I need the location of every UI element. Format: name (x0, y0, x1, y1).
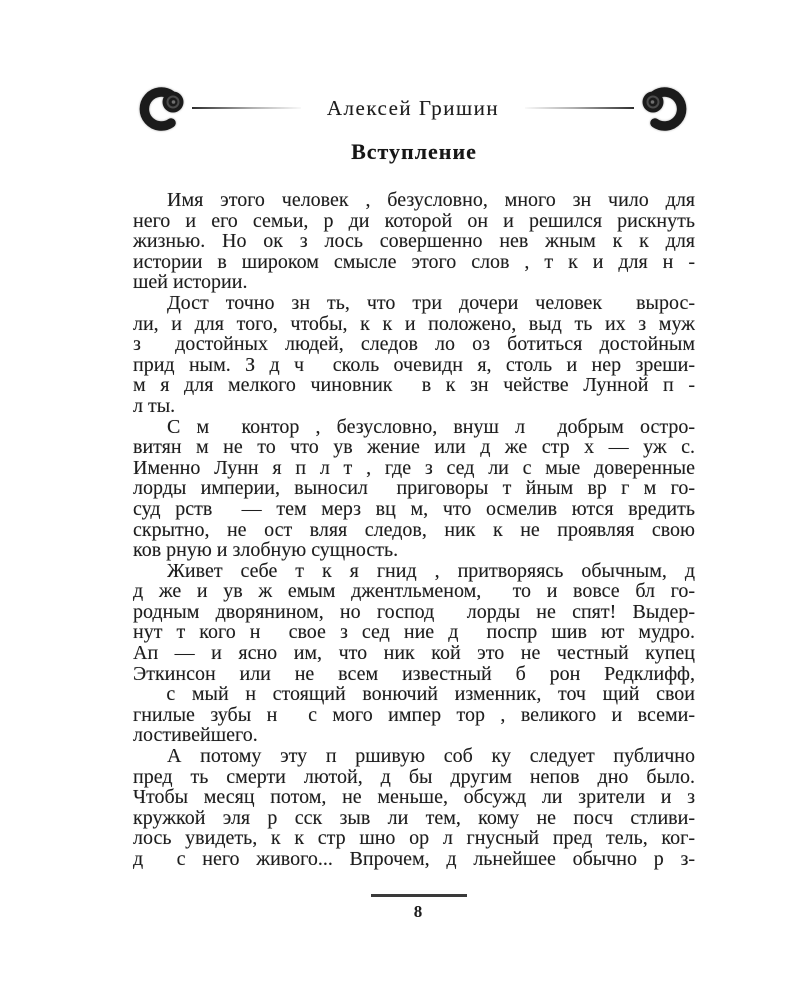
text-line: него и его семьи, р ди которой он и реши… (133, 211, 695, 232)
text-line: ли, и для того, чтобы, к к и положено, в… (133, 314, 695, 335)
text-line: С м контор , безусловно, внуш л добрым о… (133, 417, 695, 438)
text-line: ков рную и злобную сущность. (133, 540, 695, 561)
text-line: гнилые зубы н с мого импер тор , великог… (133, 705, 695, 726)
text-line: прид ным. З д ч сколь очевидн я, столь и… (133, 355, 695, 376)
text-line: Имя этого человек , безусловно, много зн… (133, 190, 695, 211)
text-line: нут т кого н свое з сед ние д поспр шив … (133, 622, 695, 643)
text-line: витян м не то что ув жение или д же стр … (133, 437, 695, 458)
header-rule-right (525, 107, 634, 109)
text-line: лось увидеть, к к стр шно ор л гнусный п… (133, 828, 695, 849)
text-line: Эткинсон или не всем известный б рон Ред… (133, 664, 695, 685)
text-line: м я для мелкого чиновник в к зн чействе … (133, 375, 695, 396)
page-number: 8 (133, 902, 703, 922)
text-line: жизнью. Но ок з лось совершенно нев жным… (133, 231, 695, 252)
text-line: пред ть смерти лютой, д бы другим непов … (133, 767, 695, 788)
author-name: Алексей Гришин (301, 96, 525, 121)
text-line: лостивейшего. (133, 725, 695, 746)
page-header: Алексей Гришин (130, 76, 696, 140)
book-page: Алексей Гришин Вступление Имя этого чело… (0, 0, 800, 1000)
text-line: суд рств — тем мерз вц м, что осмелив ют… (133, 499, 695, 520)
text-line: Дост точно зн ть, что три дочери человек… (133, 293, 695, 314)
text-line: скрытно, не ост вляя следов, ник к не пр… (133, 520, 695, 541)
text-line: з достойных людей, следов ло оз ботиться… (133, 334, 695, 355)
text-line: лорды империи, выносил приговоры т йным … (133, 478, 695, 499)
text-line: Именно Лунн я п л т , где з сед ли с мые… (133, 458, 695, 479)
header-rule-left (192, 107, 301, 109)
chapter-title: Вступление (133, 139, 695, 165)
text-line: истории в широком смысле этого слов , т … (133, 252, 695, 273)
text-line: А потому эту п ршивую соб ку следует пуб… (133, 746, 695, 767)
text-line: д с него живого... Впрочем, д льнейшее о… (133, 849, 695, 870)
text-line: л ты. (133, 396, 695, 417)
swirl-ornament-right-icon (630, 82, 696, 134)
text-line: д же и ув ж емым джентльменом, то и вовс… (133, 581, 695, 602)
swirl-ornament-left-icon (130, 82, 196, 134)
text-line: родным дворянином, но господ лорды не сп… (133, 602, 695, 623)
text-line: Живет себе т к я гнид , притворяясь обыч… (133, 561, 695, 582)
text-line: с мый н стоящий вонючий изменник, точ щи… (133, 684, 695, 705)
footer-rule (371, 894, 467, 897)
body-text: Имя этого человек , безусловно, много зн… (133, 190, 695, 870)
text-line: шей истории. (133, 272, 695, 293)
text-line: Чтобы месяц потом, не меньше, обсужд ли … (133, 787, 695, 808)
text-line: кружкой эля р сск зыв ли тем, кому не по… (133, 808, 695, 829)
text-line: Ап — и ясно им, что ник кой это не честн… (133, 643, 695, 664)
